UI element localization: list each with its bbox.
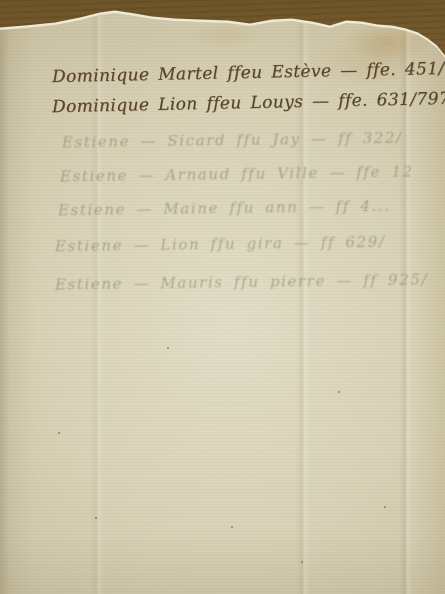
paper-speck <box>338 391 340 393</box>
paper-speck <box>95 517 97 519</box>
manuscript-photo: Estiene — Sicard ffu Jay — ff 322/ Estie… <box>0 0 445 594</box>
paper-speck <box>384 506 386 508</box>
show-through-line: Estiene — Mauris ffu pierre — ff 925/ <box>55 270 428 293</box>
show-through-line: Estiene — Sicard ffu Jay — ff 322/ <box>62 129 403 152</box>
handwritten-entry: Dominique Martel ffeu Estève — ffe. 451/ <box>52 56 445 90</box>
show-through-line: Estiene — Arnaud ffu Ville — ffe 12 <box>60 163 414 186</box>
show-through-line: Estiene — Lion ffu gira — ff 629/ <box>55 233 386 256</box>
manuscript-page: Estiene — Sicard ffu Jay — ff 322/ Estie… <box>0 0 445 594</box>
paper-speck <box>58 432 60 434</box>
show-through-line: Estiene — Maine ffu ann — ff 4... <box>58 197 391 220</box>
paper-speck <box>231 526 233 528</box>
paper-speck <box>167 347 169 349</box>
handwritten-entry: Dominique Lion ffeu Louys — ffe. 631/797… <box>52 86 445 120</box>
paper-speck <box>301 561 303 563</box>
